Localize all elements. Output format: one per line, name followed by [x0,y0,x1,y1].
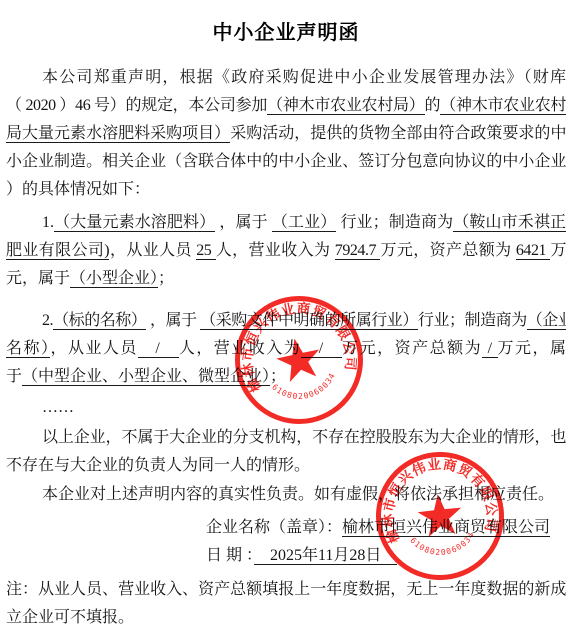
text-segment: ，属于 [215,214,272,231]
text-line: 日 期 ： 2025年11月28日 [206,542,566,570]
filled-blank: （神木市农业农村 [440,97,566,115]
text-segment: 立企业可不填报。 [6,609,134,626]
paragraph-intro: 本公司郑重声明，根据《政府采购促进中小企业发展管理办法》（财库（ 2020 ）4… [6,64,566,204]
text-line: 元，属于（小型企业）； [6,265,566,293]
filled-blank: （鞍山市禾祺正 [453,214,566,232]
text-line: 局大量元素水溶肥料采购项目）采购活动，提供的货物全部由符合政策要求的中 [6,120,566,148]
text-segment: （ 2020 ）46 号）的规定，本公司参加 [6,97,267,114]
text-segment: ； [158,270,174,287]
paragraph-no-large-enterprise: 以上企业，不属于大企业的分支机构，不存在控股股东为大企业的情形，也不存在与大企业… [6,424,566,480]
text-segment: 万元，资产总额为 [342,340,482,357]
filled-blank: / [301,340,342,358]
text-segment: 企业名称（盖章）： [206,519,342,536]
text-line: 不存在与大企业的负责人为同一人的情形。 [6,452,566,480]
text-segment: ）的具体情况如下： [6,181,150,198]
filled-blank: 榆林市恒兴伟业商贸有限公司 [342,519,550,537]
text-segment: ； [270,368,286,385]
text-segment: 万元，资产总额为 [380,242,515,259]
filled-blank: （神木市农业农村局） [267,97,424,115]
text-segment: 行业；制造商为 [336,214,453,231]
text-segment: 万 [550,242,566,259]
filled-blank: 局大量元素水溶肥料采购项目） [6,125,230,143]
filled-blank: （标的名称） [53,312,146,330]
filled-blank: 25 [196,242,215,260]
text-segment: 采购活动，提供的货物全部由符合政策要求的中 [230,125,566,142]
filled-blank: （小型企业） [70,270,158,288]
paragraph-responsibility: 本企业对上述声明内容的真实性负责。如有虚假，将依法承担相应责任。 [6,481,566,509]
text-segment: 人，营业收入为 [216,242,335,259]
text-segment: 于 [6,368,22,385]
filled-blank: （中型企业、小型企业、微型企业） [22,368,270,386]
text-segment: 本企业对上述声明内容的真实性负责。如有虚假，将依法承担相应责任。 [42,486,554,503]
text-segment: 日 期 ： [206,547,254,564]
text-line: …… [6,394,566,422]
ellipsis-line: …… [6,394,566,422]
item-1: 1.（大量元素水溶肥料） ，属于 （工业） 行业；制造商为（鞍山市禾祺正肥业有限… [6,209,566,293]
text-segment: …… [42,399,74,416]
text-line: 企业名称（盖章）：榆林市恒兴伟业商贸有限公司 [206,514,566,542]
filled-blank: （大量元素水溶肥料） [54,214,215,232]
text-line: 小企业制造。相关企业（含联合体中的中小企业、签订分包意向协议的中小企业 [6,148,566,176]
text-segment: ，从业人员 [109,242,196,259]
text-line: （ 2020 ）46 号）的规定，本公司参加（神木市农业农村局）的（神木市农业农… [6,92,566,120]
text-line: 1.（大量元素水溶肥料） ，属于 （工业） 行业；制造商为（鞍山市禾祺正 [6,209,566,237]
text-segment: ，从业人员 [50,340,137,357]
item-2: 2.（标的名称） ，属于 （采购文件中明确的所属行业）行业；制造商为（企业名称）… [6,307,566,391]
text-segment: 本公司郑重声明，根据《政府采购促进中小企业发展管理办法》（财库 [42,69,566,86]
text-line: 于（中型企业、小型企业、微型企业）； [6,363,566,391]
text-line: 立企业可不填报。 [6,604,566,632]
text-segment: 以上企业，不属于大企业的分支机构，不存在控股股东为大企业的情形，也 [42,429,566,446]
filled-blank: （企业 [527,312,566,330]
text-line: 以上企业，不属于大企业的分支机构，不存在控股股东为大企业的情形，也 [6,424,566,452]
filled-blank: （采购文件中明确的所属行业） [200,312,418,330]
filled-blank: 2025年11月28日 [254,547,397,565]
document-body: 本公司郑重声明，根据《政府采购促进中小企业发展管理办法》（财库（ 2020 ）4… [0,64,572,632]
filled-blank: / [138,340,179,358]
filled-blank: 名称） [6,340,50,358]
text-line: 肥业有限公司)，从业人员 25 人，营业收入为 7924.7 万元，资产总额为 … [6,237,566,265]
document-title: 中小企业声明函 [0,18,572,48]
text-line: 本公司郑重声明，根据《政府采购促进中小企业发展管理办法》（财库 [6,64,566,92]
text-segment: 小企业制造。相关企业（含联合体中的中小企业、签订分包意向协议的中小企业 [6,153,566,170]
declaration-document-page: 中小企业声明函 本公司郑重声明，根据《政府采购促进中小企业发展管理办法》（财库（… [0,0,572,634]
text-segment: 元，属于 [6,270,70,287]
text-line: 本企业对上述声明内容的真实性负责。如有虚假，将依法承担相应责任。 [6,481,566,509]
text-line: 名称），从业人员 / 人，营业收入为 / 万元，资产总额为 / 万元，属 [6,335,566,363]
filled-blank: 7924.7 [335,242,381,260]
text-segment: 万元，属 [498,340,566,357]
filled-blank: 肥业有限公司) [6,242,109,260]
text-segment: 的 [425,97,441,114]
text-line: 注：从业人员、营业收入、资产总额填报上一年度数据，无上一年度数据的新成 [6,576,566,604]
text-segment: 注：从业人员、营业收入、资产总额填报上一年度数据，无上一年度数据的新成 [6,581,566,598]
text-segment: 行业；制造商为 [418,312,527,329]
filled-blank: / [482,340,497,358]
text-segment: ，属于 [146,312,200,329]
note-block: 注：从业人员、营业收入、资产总额填报上一年度数据，无上一年度数据的新成立企业可不… [6,576,566,632]
text-segment: 1. [42,214,54,231]
text-line: ）的具体情况如下： [6,176,566,204]
filled-blank: 6421 [516,242,551,260]
text-segment: 2. [42,312,53,329]
filled-blank: （工业） [272,214,336,232]
text-line: 2.（标的名称） ，属于 （采购文件中明确的所属行业）行业；制造商为（企业 [6,307,566,335]
text-segment: 不存在与大企业的负责人为同一人的情形。 [6,457,310,474]
text-segment: 人，营业收入为 [179,340,301,357]
signature-block: 企业名称（盖章）：榆林市恒兴伟业商贸有限公司日 期 ： 2025年11月28日 [206,514,566,570]
